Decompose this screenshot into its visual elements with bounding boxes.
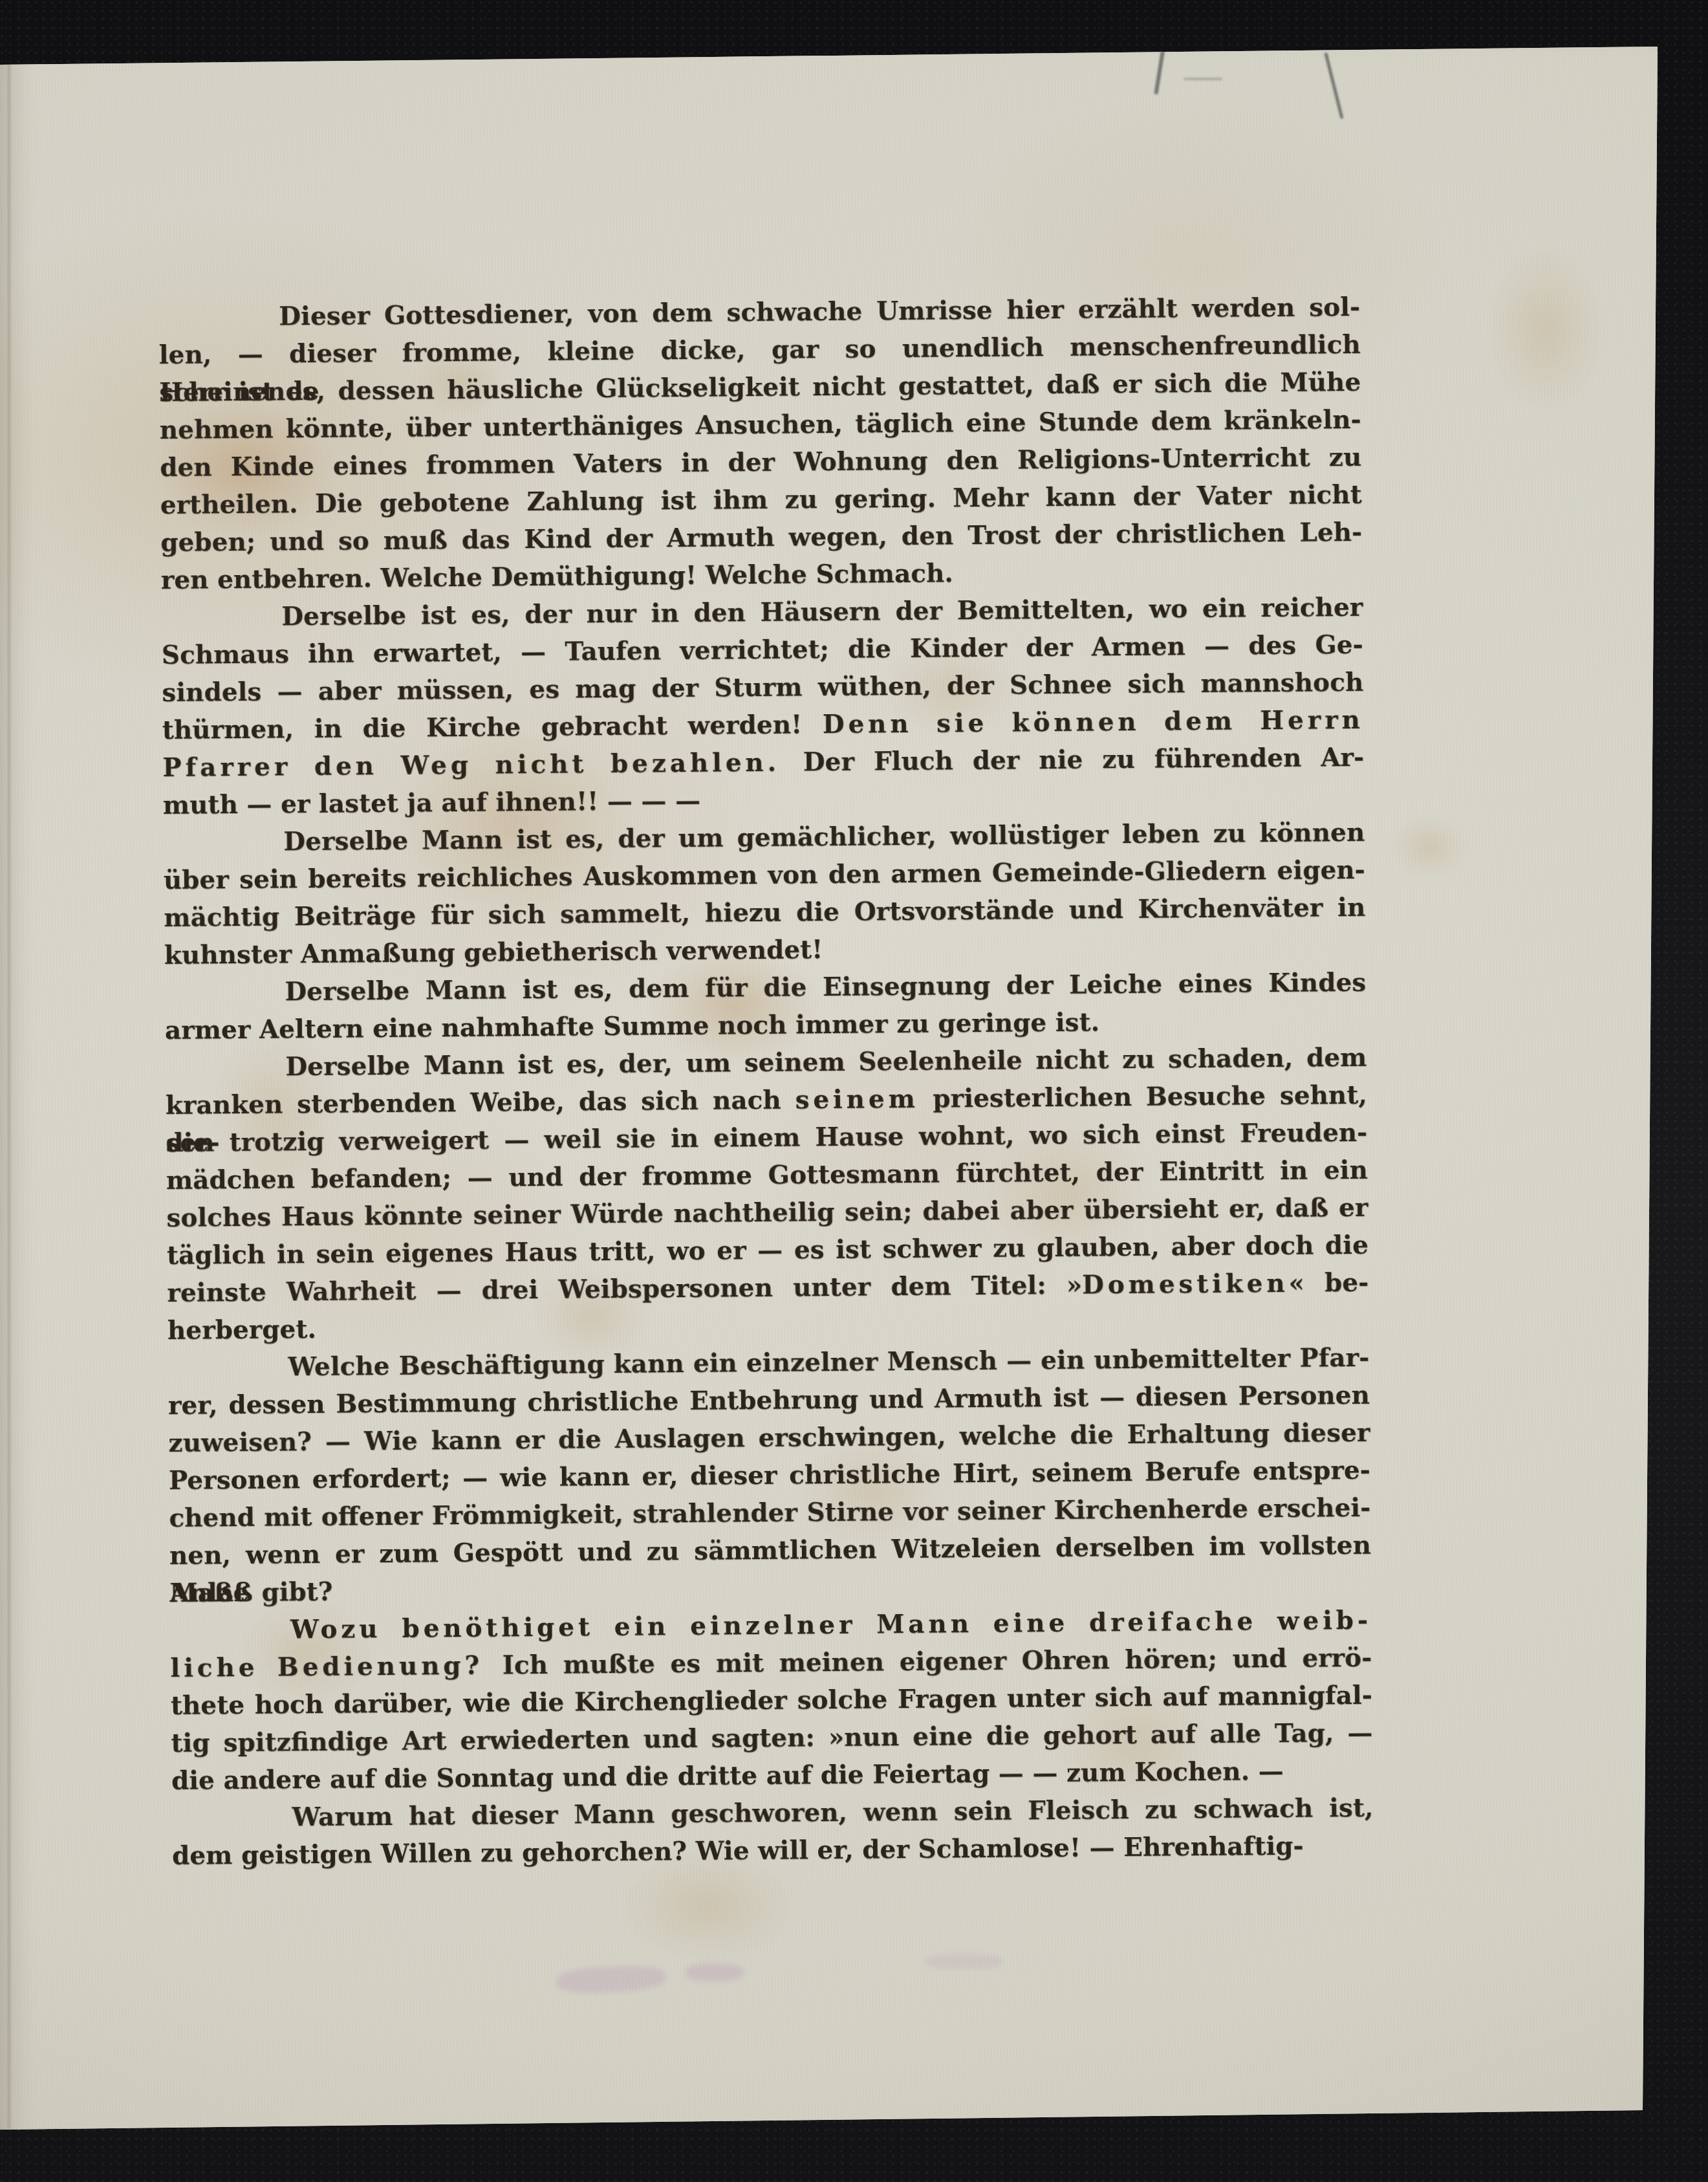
text-run: Derselbe Mann ist es, dem für die Einseg…: [285, 968, 1366, 1007]
text-run: Herr ist es, dessen häusliche Glückselig…: [159, 367, 1361, 408]
text-run: Ich mußte es mit meinen eigener Ohren hö…: [502, 1643, 1372, 1681]
text-run: mädchen befanden; — und der fromme Gotte…: [166, 1155, 1368, 1195]
ink-smudge-top-edge: [1184, 78, 1222, 80]
text-run: solches Haus könnte seiner Würde nachthe…: [166, 1193, 1368, 1233]
paragraph: Welche Beschäftigung kann ein einzelner …: [168, 1339, 1371, 1612]
text-run: Welche Beschäftigung kann ein einzelner …: [288, 1343, 1369, 1382]
emphasized-text-run: Wozu benöthiget ein einzelner Mann eine …: [290, 1606, 1372, 1645]
text-run: armer Aeltern eine nahmhafte Summe noch …: [165, 1007, 1100, 1045]
text-run: muth — er lastet ja auf ihnen!! — — —: [163, 786, 701, 820]
paragraph: Warum hat dieser Mann geschworen, wenn s…: [171, 1789, 1374, 1875]
paragraph: Derselbe ist es, der nur in den Häusern …: [161, 589, 1365, 824]
text-run: ren entbehren. Welche Demüthigung! Welch…: [161, 558, 953, 595]
ink-smudge-top-edge: [1154, 48, 1165, 94]
emphasized-text-run: Pfarrer den Weg nicht bezahlen.: [162, 747, 803, 783]
scanned-page: Dieser Gottesdiener, von dem schwache Um…: [0, 0, 1708, 2182]
text-run: nehmen könnte, über unterthäniges Ansuch…: [160, 405, 1361, 445]
text-run: die andere auf die Sonntag und die dritt…: [171, 1756, 1284, 1796]
text-run: sen trotzig verweigert — weil sie in ein…: [166, 1118, 1367, 1158]
text-block: Dieser Gottesdiener, von dem schwache Um…: [158, 289, 1374, 1875]
paragraph: Derselbe Mann ist es, dem für die Einseg…: [164, 964, 1367, 1049]
text-run: den Kinde eines frommen Vaters in der Wo…: [160, 442, 1361, 483]
text-run: ertheilen. Die gebotene Zahlung ist ihm …: [160, 480, 1362, 520]
paragraph: Derselbe Mann ist es, der um gemächliche…: [163, 814, 1366, 974]
text-run: geben; und so muß das Kind der Armuth we…: [160, 518, 1362, 558]
text-run: Anlaß gibt?: [169, 1577, 333, 1608]
emphasized-text-run: liche Bedienung?: [170, 1650, 503, 1683]
text-run: zuweisen? — Wie kann er die Auslagen ers…: [168, 1418, 1370, 1458]
text-run: « be-: [1288, 1268, 1368, 1298]
emphasized-text-run: Domestiken: [1082, 1269, 1289, 1300]
text-run: Derselbe ist es, der nur in den Häusern …: [281, 593, 1363, 632]
ink-smudge-top-edge: [1324, 52, 1343, 119]
text-run: täglich in sein eigenes Haus tritt, wo e…: [167, 1230, 1368, 1271]
faded-violet-mark: [556, 1964, 667, 1996]
text-run: sindels — aber müssen, es mag der Sturm …: [162, 668, 1363, 708]
faded-violet-mark: [925, 1954, 1002, 1969]
text-run: thürmen, in die Kirche gebracht werden!: [162, 710, 823, 745]
text-run: tig spitzfindige Art erwiederten und sag…: [171, 1718, 1372, 1758]
text-run: Der Fluch der nie zu führenden Ar-: [803, 743, 1365, 778]
text-run: Warum hat dieser Mann geschworen, wenn s…: [292, 1793, 1373, 1833]
paragraph: Dieser Gottesdiener, von dem schwache Um…: [158, 289, 1363, 599]
text-run: Dieser Gottesdiener, von dem schwache Um…: [279, 292, 1360, 332]
text-run: kuhnster Anmaßung gebietherisch verwende…: [164, 935, 823, 970]
text-run: kranken sterbenden Weibe, das sich nach: [166, 1085, 795, 1120]
text-run: mächtig Beiträge für sich sammelt, hiezu…: [164, 893, 1365, 933]
text-run: Personen erfordert; — wie kann er, diese…: [169, 1456, 1370, 1496]
fox-spot: [1390, 815, 1468, 880]
text-run: thete hoch darüber, wie die Kirchenglied…: [171, 1681, 1372, 1721]
emphasized-text-run: seinem: [795, 1084, 919, 1115]
text-run: reinste Wahrheit — drei Weibspersonen un…: [167, 1271, 1082, 1308]
text-run: rer, dessen Bestimmung christliche Entbe…: [168, 1380, 1370, 1421]
text-run: Derselbe Mann ist es, der, um seinem See…: [285, 1043, 1367, 1082]
text-run: über sein bereits reichliches Auskommen …: [164, 855, 1365, 895]
paper-crease-line: [8, 65, 10, 2128]
text-run: Derselbe Mann ist es, der um gemächliche…: [283, 818, 1365, 857]
text-run: Schmaus ihn erwartet, — Taufen verrichte…: [162, 630, 1363, 670]
emphasized-text-run: Denn sie können dem Herrn: [823, 705, 1364, 739]
paragraph: Wozu benöthiget ein einzelner Mann eine …: [170, 1602, 1373, 1800]
text-run: chend mit offener Frömmigkeit, strahlend…: [169, 1493, 1370, 1533]
screenshot-root: { "page": { "description": "Scanned page…: [0, 0, 1708, 2182]
paragraph: Derselbe Mann ist es, der, um seinem See…: [165, 1039, 1369, 1349]
text-run: herberget.: [168, 1315, 316, 1346]
fox-spot: [1487, 246, 1604, 414]
faded-violet-mark: [686, 1963, 744, 1981]
text-run: dem geistigen Willen zu gehorchen? Wie w…: [172, 1831, 1304, 1871]
